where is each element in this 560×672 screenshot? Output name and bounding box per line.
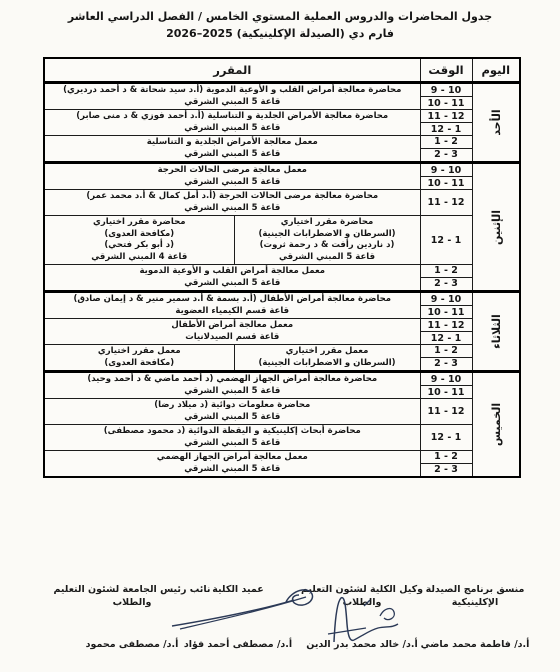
time-slot: 9 - 10 <box>420 83 472 97</box>
signature-name: أ.د/ خالد محمد بدر الدين <box>296 639 428 650</box>
time-column-header: الوقت <box>420 58 472 83</box>
course-cell: معمل معالجة أمراض الأطفالقاعة قسم الصيدل… <box>44 319 420 345</box>
signature-role: وكيل الكلية لشئون التعليم والطلاب <box>296 583 428 610</box>
title-line-2: فارم دي (الصيدلة الإكلينيكية) 2025–2026 <box>0 25 560 42</box>
time-slot: 11 - 12 <box>420 319 472 332</box>
document-title: جدول المحاضرات والدروس العملية المستوي ا… <box>0 8 560 42</box>
day-group: الأحد9 - 10محاضرة معالجة أمراض القلب و ا… <box>44 83 520 163</box>
course-cell: محاضرة مقرر اختياري(السرطان و الاضطرابات… <box>234 216 420 265</box>
schedule-table: اليوم الوقت المقرر الأحد9 - 10محاضرة معا… <box>43 57 521 478</box>
course-cell: معمل معالجة أمراض القلب و الأوعية الدموي… <box>44 265 420 292</box>
signature-name: أ.د/ فاطمة محمد ماضي <box>412 639 538 650</box>
course-cell: محاضرة أبحاث إكلينيكية و اليقظة الدوائية… <box>44 425 420 451</box>
course-cell: معمل معالجة مرضى الحالات الحرجةقاعة 5 ال… <box>44 163 420 190</box>
day-group: الثلاثاء9 - 10محاضرة معالجة أمراض الأطفا… <box>44 292 520 372</box>
course-cell: محاضرة معالجة أمراض القلب و الأوعية الدم… <box>44 83 420 110</box>
course-cell: معمل مقرر اختياري(السرطان و الاضطرابات ا… <box>234 345 420 372</box>
day-group: الخميس9 - 10محاضرة معالجة أمراض الجهاز ا… <box>44 372 520 478</box>
course-cell: محاضرة معالجة أمراض الجهاز الهضمي (د أحم… <box>44 372 420 399</box>
time-slot: 10 - 11 <box>420 177 472 190</box>
course-cell: محاضرة مقرر اختياري(مكافحة العدوى)(د أبو… <box>44 216 234 265</box>
course-cell: معمل معالجة الأمراض الجلدية و التناسليةق… <box>44 136 420 163</box>
course-cell: محاضرة معالجة الأمراض الجلدية و التناسلي… <box>44 110 420 136</box>
course-cell: معمل مقرر اختياري(مكافحة العدوى) <box>44 345 234 372</box>
schedule-row: 1 - 2معمل معالجة الأمراض الجلدية و التنا… <box>44 136 520 149</box>
time-slot: 1 - 2 <box>420 265 472 278</box>
day-group: الإثنين9 - 10معمل معالجة مرضى الحالات ال… <box>44 163 520 292</box>
time-slot: 10 - 11 <box>420 306 472 319</box>
time-slot: 10 - 11 <box>420 97 472 110</box>
schedule-row: 1 - 2معمل مقرر اختياري(السرطان و الاضطرا… <box>44 345 520 358</box>
course-cell: محاضرة معالجة مرضى الحالات الحرجة (أ.د أ… <box>44 190 420 216</box>
schedule-row: 1 - 2معمل معالجة أمراض الجهاز الهضميقاعة… <box>44 451 520 464</box>
time-slot: 1 - 2 <box>420 136 472 149</box>
schedule-row: 12 - 1محاضرة أبحاث إكلينيكية و اليقظة ال… <box>44 425 520 451</box>
course-cell: معمل معالجة أمراض الجهاز الهضميقاعة 5 ال… <box>44 451 420 478</box>
time-slot: 12 - 1 <box>420 332 472 345</box>
schedule-row: 1 - 2معمل معالجة أمراض القلب و الأوعية ا… <box>44 265 520 278</box>
time-slot: 11 - 12 <box>420 190 472 216</box>
day-column-header: اليوم <box>472 58 520 83</box>
schedule-row: الثلاثاء9 - 10محاضرة معالجة أمراض الأطفا… <box>44 292 520 306</box>
day-label: الأحد <box>472 83 520 163</box>
time-slot: 2 - 3 <box>420 148 472 162</box>
time-slot: 12 - 1 <box>420 216 472 265</box>
time-slot: 2 - 3 <box>420 357 472 371</box>
time-slot: 2 - 3 <box>420 277 472 291</box>
schedule-row: 11 - 12محاضرة معالجة الأمراض الجلدية و ا… <box>44 110 520 123</box>
course-cell: محاضرة معلومات دوائية (د ميلاد رضا)قاعة … <box>44 399 420 425</box>
schedule-row: 11 - 12محاضرة معالجة مرضى الحالات الحرجة… <box>44 190 520 216</box>
title-line-1: جدول المحاضرات والدروس العملية المستوي ا… <box>0 8 560 25</box>
day-label: الثلاثاء <box>472 292 520 372</box>
signature-block-vice-dean: وكيل الكلية لشئون التعليم والطلاب أ.د/ خ… <box>296 583 428 650</box>
time-slot: 12 - 1 <box>420 123 472 136</box>
signature-role: نائب رئيس الجامعة لشئون التعليم والطلاب <box>52 583 212 610</box>
schedule-row: 11 - 12معمل معالجة أمراض الأطفالقاعة قسم… <box>44 319 520 332</box>
time-slot: 11 - 12 <box>420 110 472 123</box>
scanned-document-page: جدول المحاضرات والدروس العملية المستوي ا… <box>0 0 560 672</box>
course-column-header: المقرر <box>44 58 420 83</box>
signature-block-coordinator: منسق برنامج الصيدلة الإكلينيكية أ.د/ فاط… <box>412 583 538 650</box>
time-slot: 10 - 11 <box>420 386 472 399</box>
header-row: اليوم الوقت المقرر <box>44 58 520 83</box>
time-slot: 1 - 2 <box>420 345 472 358</box>
time-slot: 9 - 10 <box>420 163 472 177</box>
signature-name: أ.د/ مصطفى محمود <box>52 639 212 650</box>
time-slot: 9 - 10 <box>420 292 472 306</box>
day-label: الخميس <box>472 372 520 478</box>
day-label: الإثنين <box>472 163 520 292</box>
time-slot: 12 - 1 <box>420 425 472 451</box>
schedule-row: الخميس9 - 10محاضرة معالجة أمراض الجهاز ا… <box>44 372 520 386</box>
course-cell: محاضرة معالجة أمراض الأطفال (أ.د بسمة & … <box>44 292 420 319</box>
schedule-row: 11 - 12محاضرة معلومات دوائية (د ميلاد رض… <box>44 399 520 425</box>
time-slot: 2 - 3 <box>420 463 472 477</box>
schedule-row: الإثنين9 - 10معمل معالجة مرضى الحالات ال… <box>44 163 520 177</box>
signature-role: منسق برنامج الصيدلة الإكلينيكية <box>412 583 538 610</box>
signature-block-university-vp: نائب رئيس الجامعة لشئون التعليم والطلاب … <box>52 583 212 650</box>
schedule-row: الأحد9 - 10محاضرة معالجة أمراض القلب و ا… <box>44 83 520 97</box>
time-slot: 11 - 12 <box>420 399 472 425</box>
time-slot: 1 - 2 <box>420 451 472 464</box>
schedule-row: 12 - 1محاضرة مقرر اختياري(السرطان و الاض… <box>44 216 520 265</box>
time-slot: 9 - 10 <box>420 372 472 386</box>
